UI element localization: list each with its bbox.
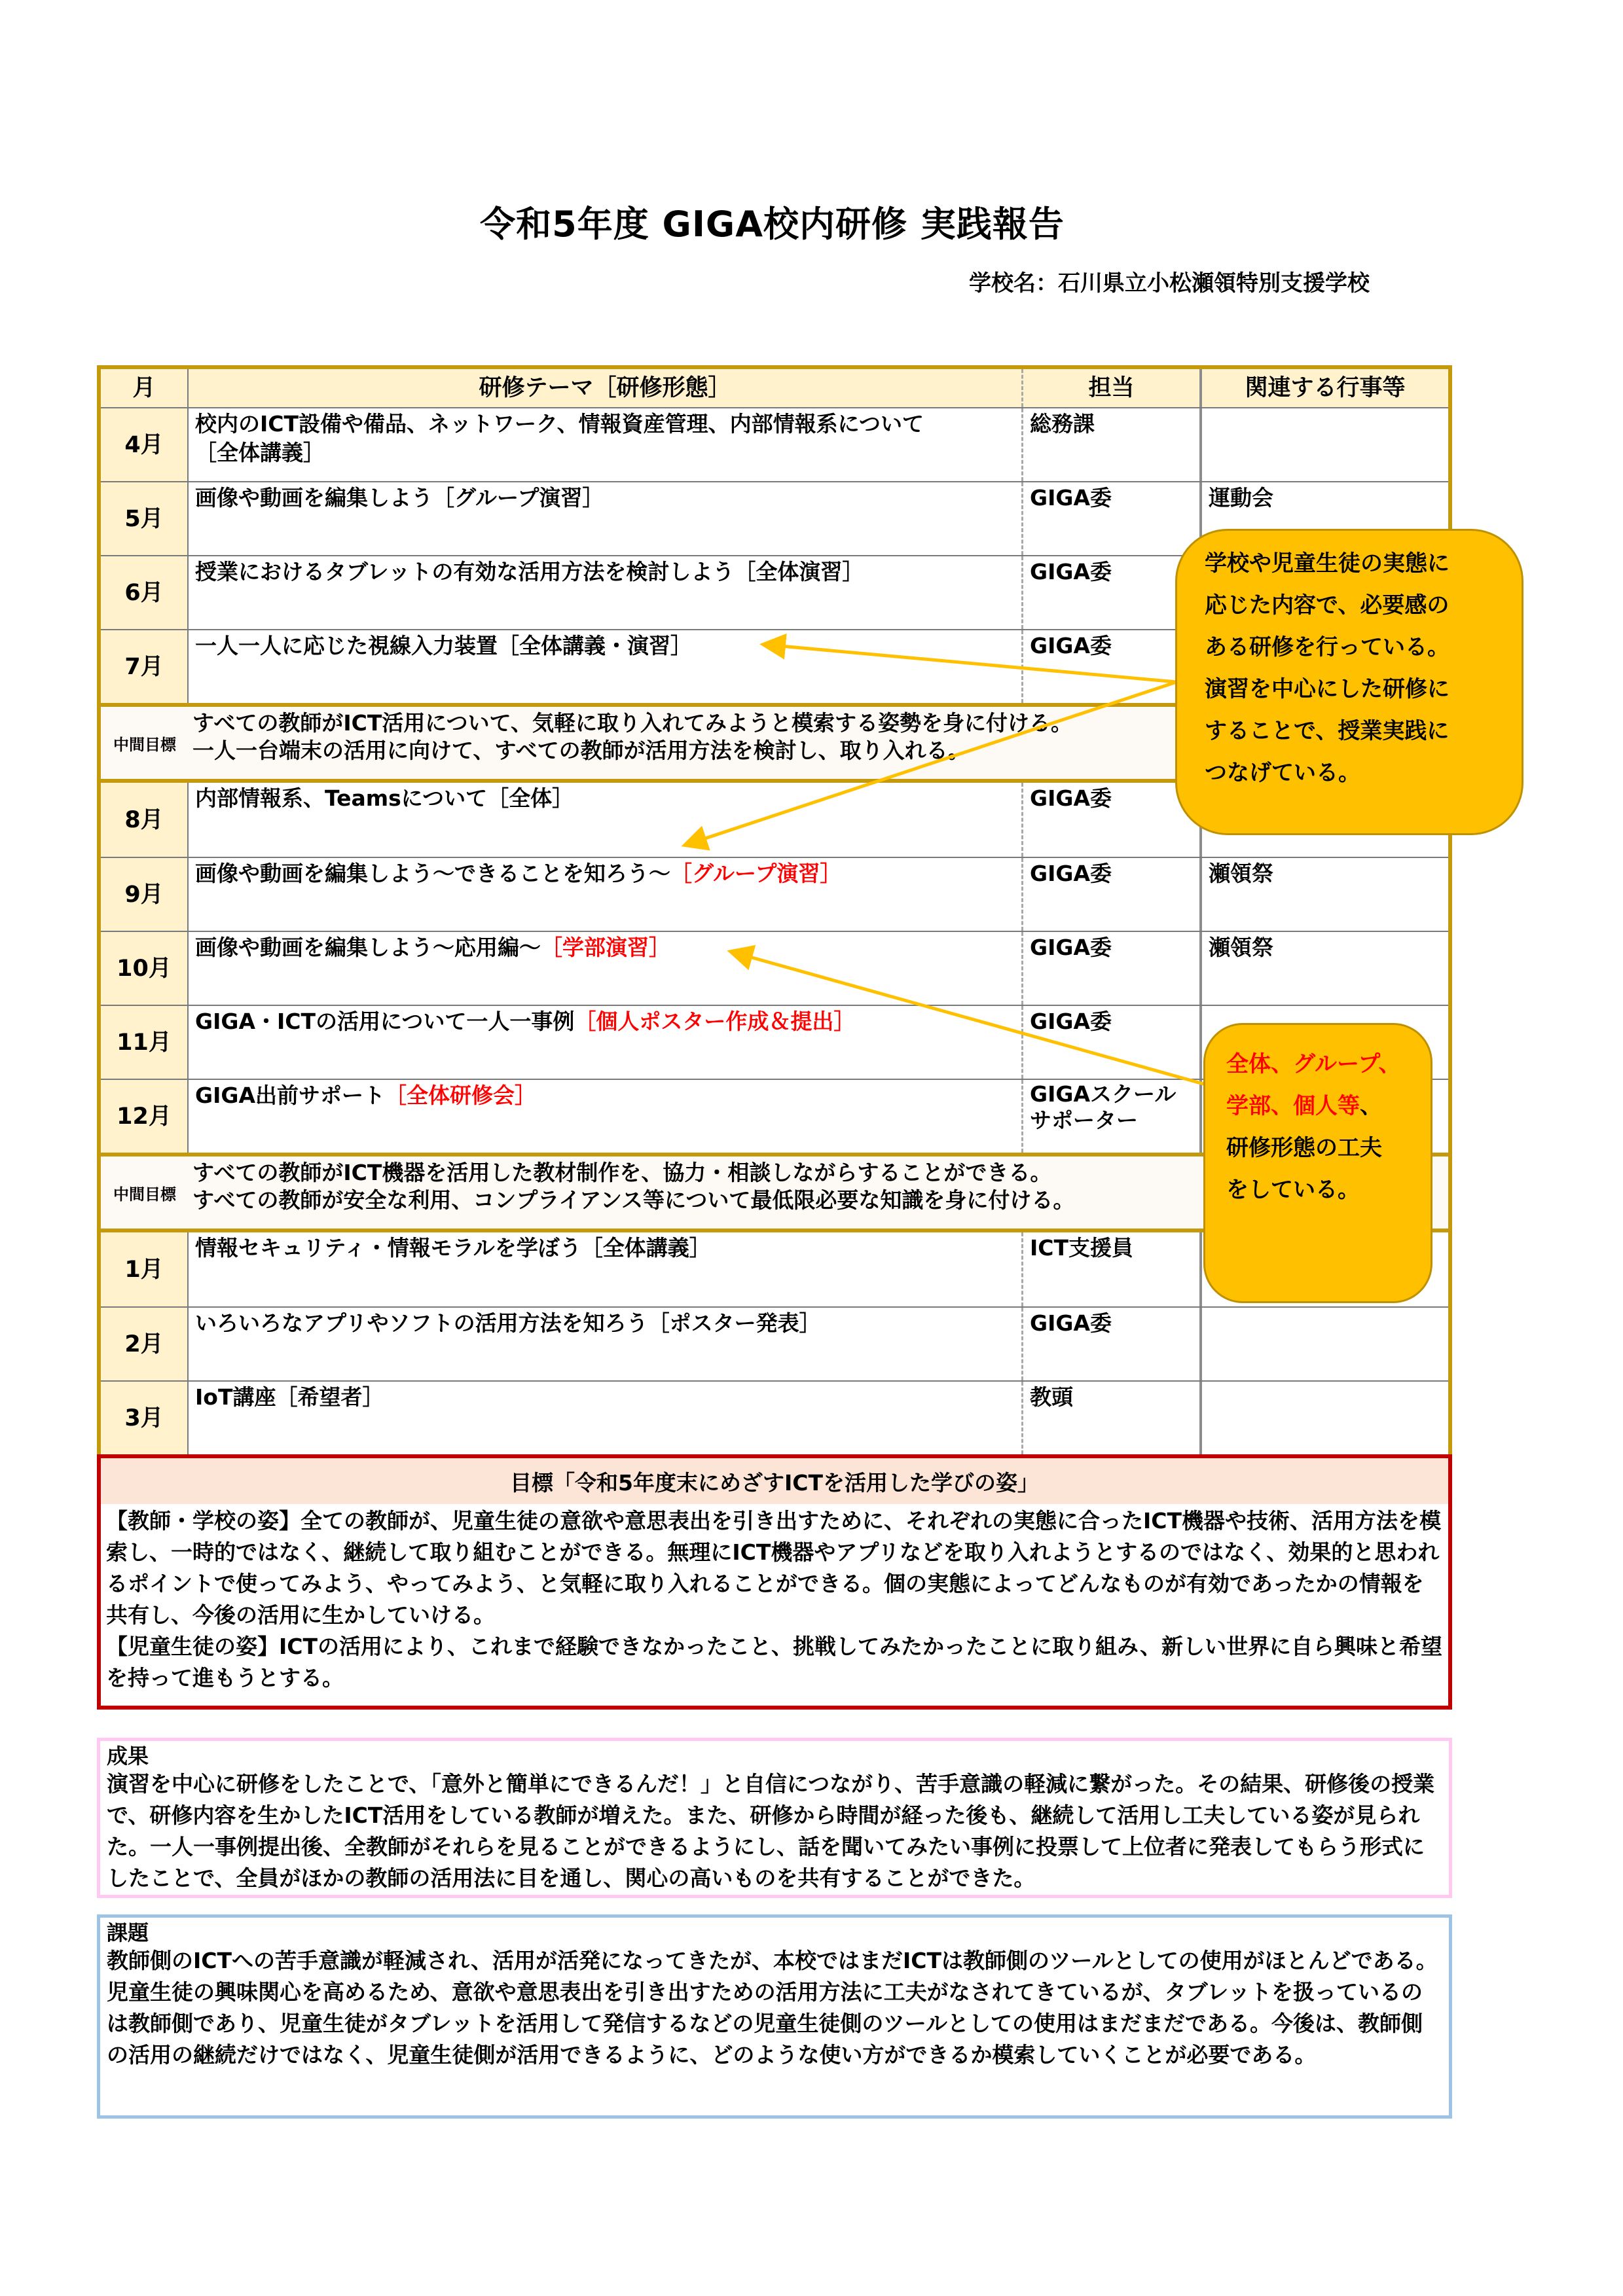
owner-line: GIGAスクール	[1030, 1081, 1193, 1107]
theme-text: 画像や動画を編集しよう～応用編～	[195, 935, 541, 960]
theme-cell: GIGA出前サポート［全体研修会］	[189, 1080, 1021, 1153]
theme-text: GIGA・ICTの活用について一人一事例	[195, 1009, 574, 1034]
theme-cell: 画像や動画を編集しよう～できることを知ろう～［グループ演習］	[189, 858, 1021, 931]
goal-teacher: 【教師・学校の姿】全ての教師が、児童生徒の意欲や意思表出を引き出すために、それぞ…	[106, 1505, 1443, 1631]
event-cell	[1199, 1308, 1448, 1380]
table-row: 10月 画像や動画を編集しよう～応用編～［学部演習］ GIGA委 瀬領祭	[101, 931, 1448, 1005]
event-cell	[1199, 1382, 1448, 1454]
event-cell	[1199, 408, 1448, 481]
callout-line: 学校や児童生徒の実態に	[1205, 543, 1522, 584]
table-header: 月 研修テーマ［研修形態］ 担当 関連する行事等	[101, 369, 1448, 407]
mid-goal-line: すべての教師が安全な利用、コンプライアンス等について最低限必要な知識を身に付ける…	[192, 1187, 1074, 1214]
owner-line: サポーター	[1030, 1107, 1193, 1134]
theme-format: ［全体講義］	[195, 439, 1015, 467]
callout-red-text: 学部、個人等	[1226, 1093, 1360, 1119]
owner-cell: GIGA委	[1021, 1308, 1199, 1380]
callout-line: 応じた内容で、必要感の	[1205, 584, 1522, 626]
col-owner: 担当	[1021, 369, 1199, 407]
month-cell: 1月	[101, 1232, 189, 1306]
owner-cell: GIGA委	[1021, 783, 1199, 857]
table-row: 3月 IoT講座［希望者］ 教頭	[101, 1380, 1448, 1454]
results-body: 演習を中心に研修をしたことで、「意外と簡単にできるんだ！」と自信につながり、苦手…	[107, 1768, 1442, 1894]
month-cell: 3月	[101, 1382, 189, 1454]
goal-body: 【教師・学校の姿】全ての教師が、児童生徒の意欲や意思表出を引き出すために、それぞ…	[101, 1504, 1448, 1695]
owner-cell: GIGA委	[1021, 556, 1199, 629]
annual-goal-box: 目標「令和5年度末にめざすICTを活用した学びの姿」 【教師・学校の姿】全ての教…	[97, 1454, 1452, 1710]
owner-cell: GIGA委	[1021, 858, 1199, 931]
month-cell: 9月	[101, 858, 189, 931]
issues-body: 教師側のICTへの苦手意識が軽減され、活用が活発になってきたが、本校ではまだIC…	[107, 1945, 1442, 2071]
callout-line: つなげている。	[1205, 752, 1522, 794]
format-highlight: ［グループ演習］	[670, 861, 841, 886]
format-highlight: ［全体研修会］	[385, 1083, 536, 1108]
callout-line: 学部、個人等、	[1226, 1085, 1431, 1127]
theme-cell: 画像や動画を編集しよう［グループ演習］	[189, 482, 1021, 555]
mid-goal-line: 一人一台端末の活用に向けて、すべての教師が活用方法を検討し、取り入れる。	[192, 737, 1072, 764]
goal-student: 【児童生徒の姿】ICTの活用により、これまで経験できなかったこと、挑戦してみたか…	[106, 1631, 1443, 1694]
month-cell: 8月	[101, 783, 189, 857]
owner-cell: GIGA委	[1021, 482, 1199, 555]
theme-cell: GIGA・ICTの活用について一人一事例［個人ポスター作成＆提出］	[189, 1006, 1021, 1079]
theme-cell: 授業におけるタブレットの有効な活用方法を検討しよう［全体演習］	[189, 556, 1021, 629]
month-cell: 5月	[101, 482, 189, 555]
owner-cell: GIGAスクールサポーター	[1021, 1080, 1199, 1153]
results-heading: 成果	[107, 1744, 1442, 1768]
results-box: 成果 演習を中心に研修をしたことで、「意外と簡単にできるんだ！」と自信につながり…	[97, 1738, 1452, 1898]
col-theme: 研修テーマ［研修形態］	[189, 369, 1021, 407]
event-cell: 瀬領祭	[1199, 932, 1448, 1005]
callout-practice: 学校や児童生徒の実態に 応じた内容で、必要感の ある研修を行っている。 演習を中…	[1175, 529, 1523, 835]
mid-goal-line: すべての教師がICT機器を活用した教材制作を、協力・相談しながらすることができる…	[192, 1159, 1074, 1187]
theme-cell: 校内のICT設備や備品、ネットワーク、情報資産管理、内部情報系について［全体講義…	[189, 408, 1021, 481]
owner-cell: 教頭	[1021, 1382, 1199, 1454]
theme-cell: 画像や動画を編集しよう～応用編～［学部演習］	[189, 932, 1021, 1005]
callout-line: することで、授業実践に	[1205, 710, 1522, 752]
callout-line: をしている。	[1226, 1169, 1431, 1211]
table-row: 4月 校内のICT設備や備品、ネットワーク、情報資産管理、内部情報系について［全…	[101, 407, 1448, 481]
mid-goal-text: すべての教師がICT機器を活用した教材制作を、協力・相談しながらすることができる…	[189, 1157, 1074, 1214]
callout-line: 演習を中心にした研修に	[1205, 668, 1522, 710]
callout-line: 研修形態の工夫	[1226, 1127, 1431, 1169]
goal-heading: 目標「令和5年度末にめざすICTを活用した学びの姿」	[101, 1458, 1448, 1504]
callout-line: 全体、グループ、	[1226, 1043, 1431, 1085]
callout-text: 、	[1360, 1093, 1382, 1119]
mid-goal-line: すべての教師がICT活用について、気軽に取り入れてみようと模索する姿勢を身に付け…	[192, 709, 1072, 737]
col-event: 関連する行事等	[1199, 369, 1448, 407]
theme-text: 校内のICT設備や備品、ネットワーク、情報資産管理、内部情報系について	[195, 410, 1015, 439]
month-cell: 7月	[101, 630, 189, 703]
theme-text: 画像や動画を編集しよう～できることを知ろう～	[195, 861, 670, 886]
col-month: 月	[101, 369, 189, 407]
month-cell: 12月	[101, 1080, 189, 1153]
callout-format: 全体、グループ、 学部、個人等、 研修形態の工夫 をしている。	[1203, 1023, 1432, 1303]
theme-cell: 一人一人に応じた視線入力装置［全体講義・演習］	[189, 630, 1021, 703]
month-cell: 11月	[101, 1006, 189, 1079]
month-cell: 10月	[101, 932, 189, 1005]
theme-cell: 内部情報系、Teamsについて［全体］	[189, 783, 1021, 857]
school-name: 学校名：石川県立小松瀬領特別支援学校	[969, 265, 1370, 297]
theme-text: GIGA出前サポート	[195, 1083, 385, 1108]
month-cell: 2月	[101, 1308, 189, 1380]
owner-cell: 総務課	[1021, 408, 1199, 481]
theme-cell: IoT講座［希望者］	[189, 1382, 1021, 1454]
theme-cell: 情報セキュリティ・情報モラルを学ぼう［全体講義］	[189, 1232, 1021, 1306]
table-row: 2月 いろいろなアプリやソフトの活用方法を知ろう［ポスター発表］ GIGA委	[101, 1306, 1448, 1380]
owner-cell: ICT支援員	[1021, 1232, 1199, 1306]
owner-cell: GIGA委	[1021, 630, 1199, 703]
format-highlight: ［個人ポスター作成＆提出］	[574, 1009, 855, 1034]
mid-goal-text: すべての教師がICT活用について、気軽に取り入れてみようと模索する姿勢を身に付け…	[189, 707, 1072, 764]
owner-cell: GIGA委	[1021, 1006, 1199, 1079]
issues-heading: 課題	[107, 1920, 1442, 1945]
mid-goal-label: 中間目標	[101, 707, 189, 779]
month-cell: 4月	[101, 408, 189, 481]
callout-line: ある研修を行っている。	[1205, 626, 1522, 668]
table-row: 9月 画像や動画を編集しよう～できることを知ろう～［グループ演習］ GIGA委 …	[101, 857, 1448, 931]
format-highlight: ［学部演習］	[541, 935, 670, 960]
owner-cell: GIGA委	[1021, 932, 1199, 1005]
theme-cell: いろいろなアプリやソフトの活用方法を知ろう［ポスター発表］	[189, 1308, 1021, 1380]
issues-box: 課題 教師側のICTへの苦手意識が軽減され、活用が活発になってきたが、本校ではま…	[97, 1914, 1452, 2119]
month-cell: 6月	[101, 556, 189, 629]
page-title: 令和5年度 GIGA校内研修 実践報告	[0, 196, 1623, 247]
mid-goal-label: 中間目標	[101, 1157, 189, 1229]
event-cell: 瀬領祭	[1199, 858, 1448, 931]
